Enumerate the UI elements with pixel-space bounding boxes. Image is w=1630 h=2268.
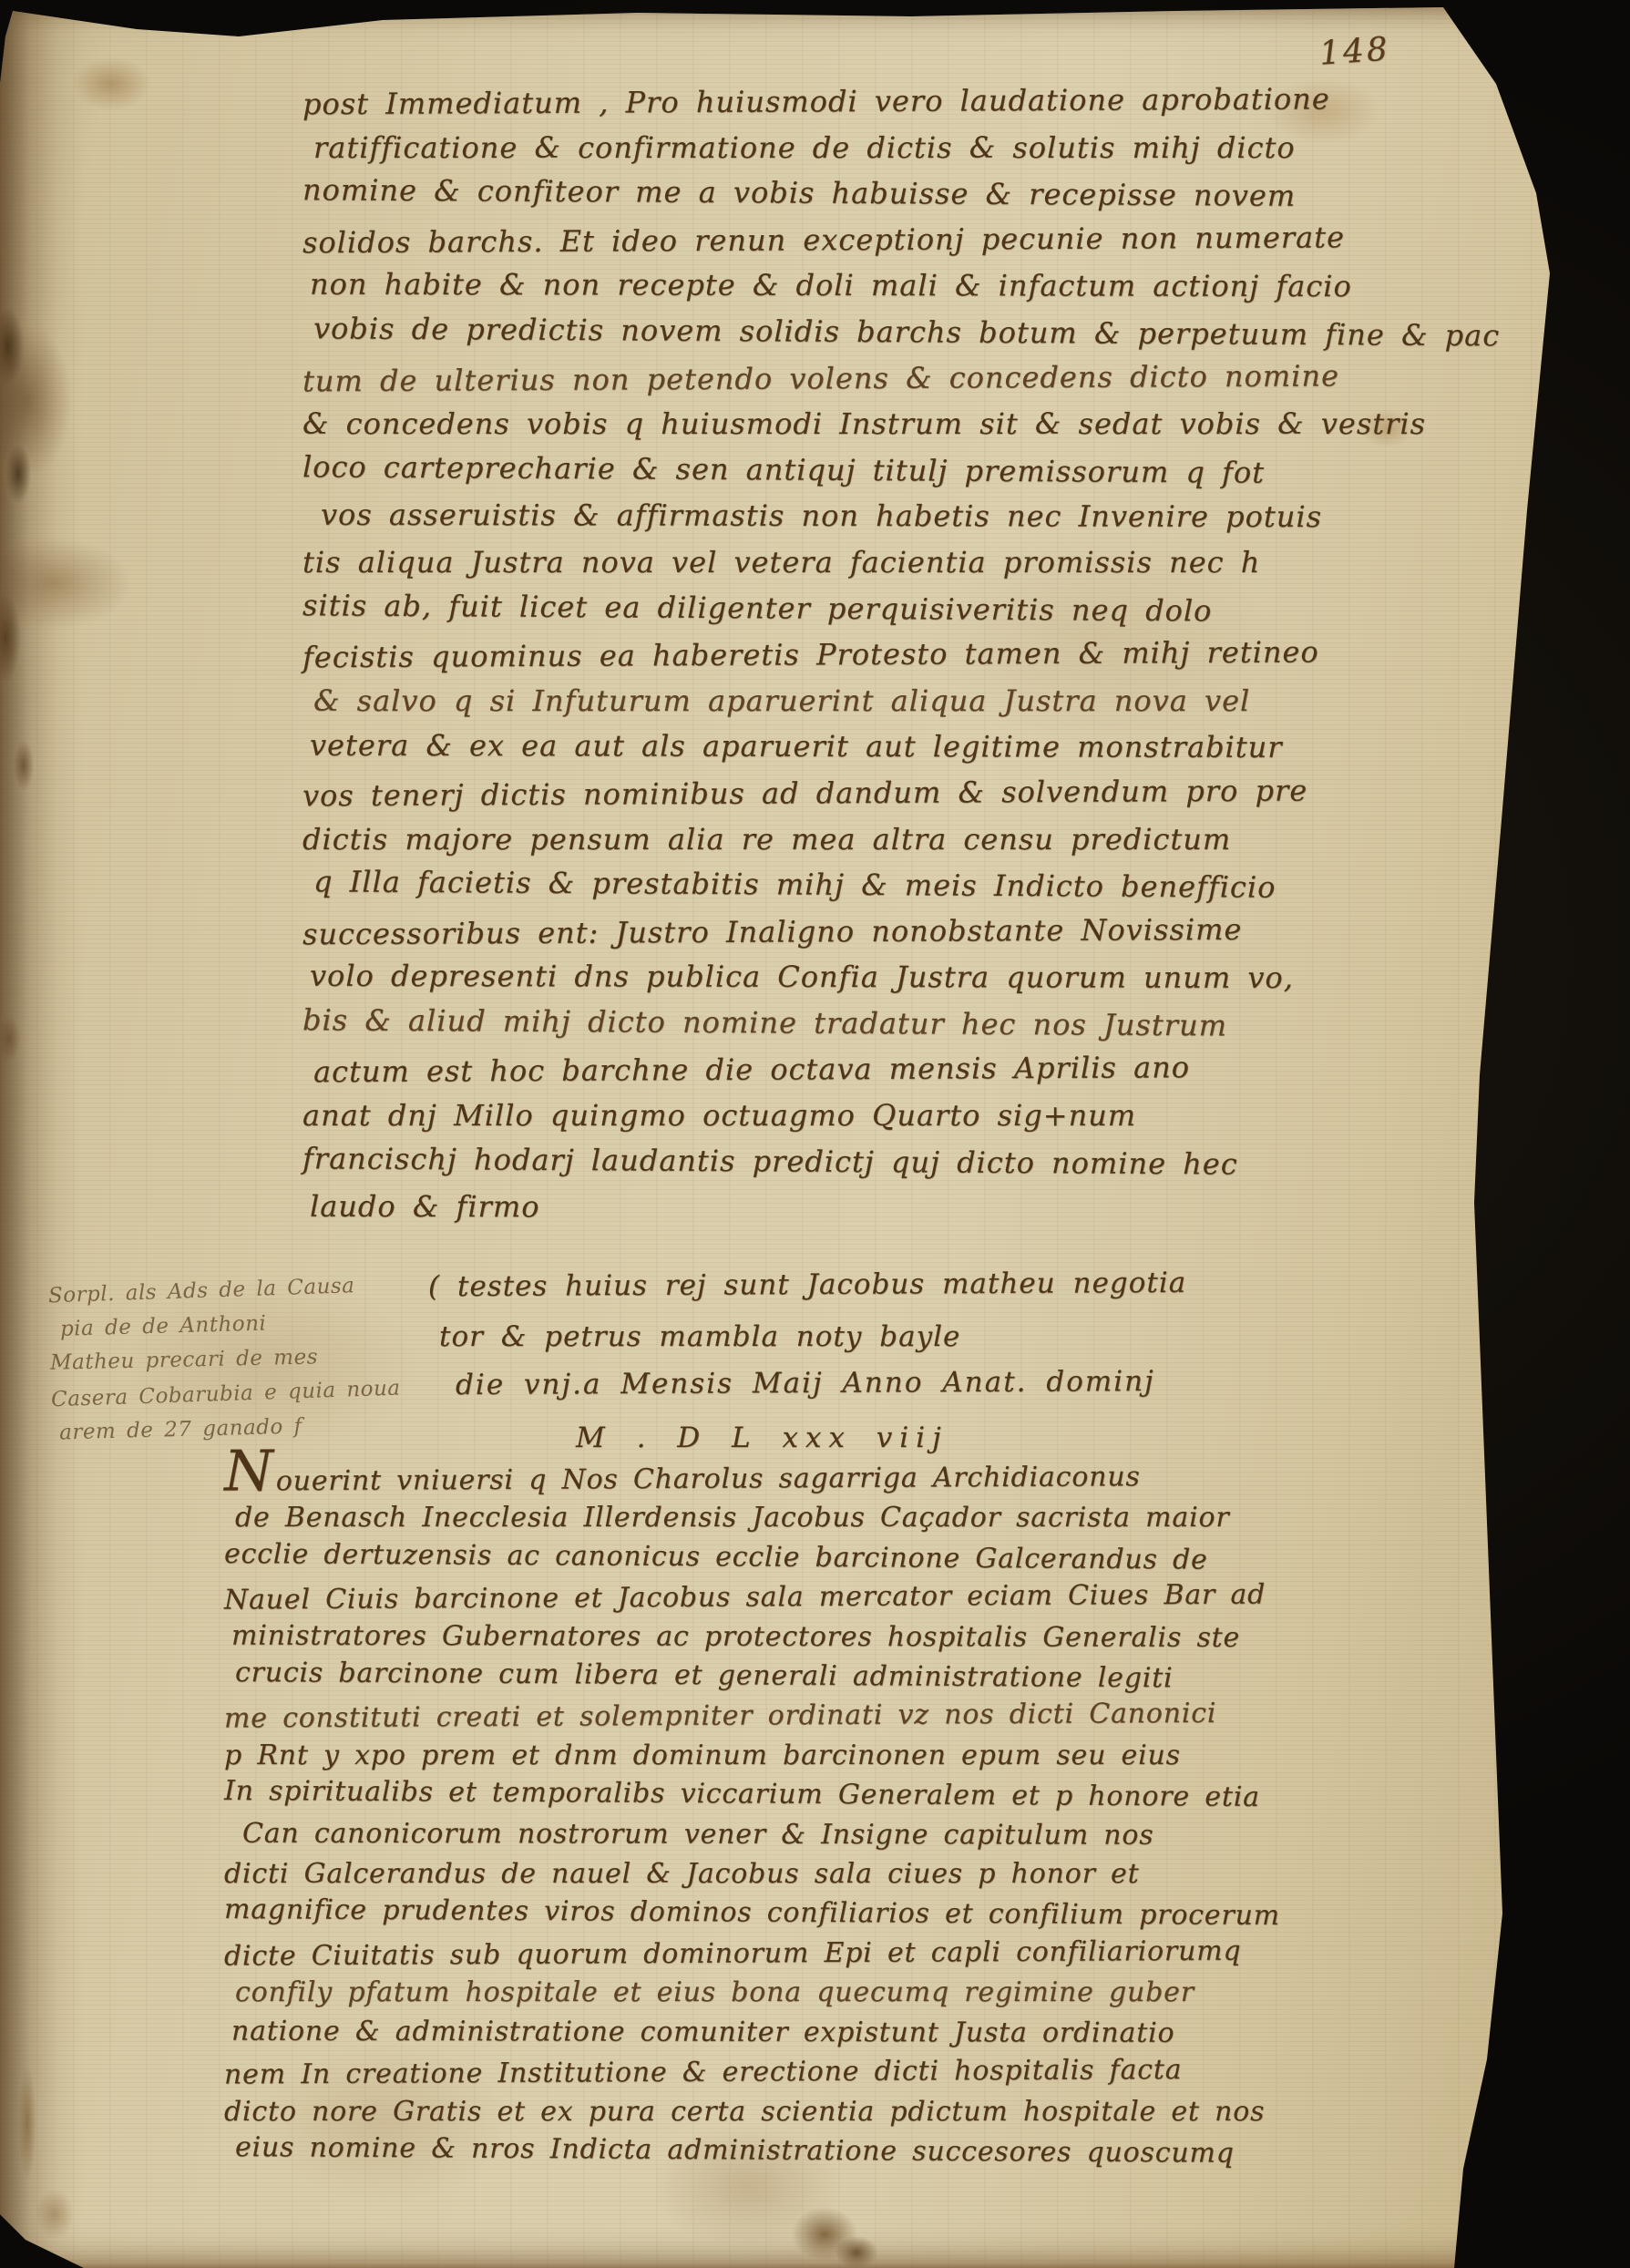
manuscript-page: 148 post Immediatum , Pro huiusmodi vero… [0, 0, 1630, 2268]
text-line: loco carteprecharie & sen antiquj titulj… [302, 444, 1441, 497]
text-line: de Benasch Inecclesia Illerdensis Jacobu… [224, 1498, 1445, 1537]
text-line: ( testes huius rej sunt Jacobus matheu n… [428, 1257, 1187, 1313]
margin-annotation: Sorpl. als Ads de la Causa pia de de Ant… [47, 1267, 453, 1451]
text-line: eius nomine & nros Indicta administratio… [224, 2128, 1445, 2175]
text-line: solidos barchs. Et ideo renun exceptionj… [302, 214, 1441, 266]
text-line: confily pfatum hospitale et eius bona qu… [224, 1973, 1445, 2012]
second-act-text-block: Nouerint vniuersi q Nos Charolus sagarri… [224, 1454, 1445, 2171]
text-line: actum est hoc barchne die octava mensis … [302, 1043, 1441, 1095]
text-line: nomine & confiteor me a vobis habuisse &… [302, 167, 1441, 220]
text-line: dicte Ciuitatis sub quorum dominorum Epi… [224, 1930, 1445, 1976]
text-line: & concedens vobis q huiusmodi Instrum si… [302, 401, 1441, 447]
first-act-text-block: post Immediatum , Pro huiusmodi vero lau… [302, 78, 1441, 1231]
text-line: tis aliqua Justra nova vel vetera facien… [302, 539, 1441, 586]
text-line: post Immediatum , Pro huiusmodi vero lau… [302, 76, 1441, 128]
text-line: natione & administratione comuniter expi… [231, 2011, 1452, 2053]
text-line: successoribus ent: Justro Inaligno nonob… [302, 905, 1441, 957]
text-line: p Rnt y xpo prem et dnm dominum barcinon… [224, 1736, 1445, 1775]
text-line: vos tenerj dictis nominibus ad dandum & … [302, 767, 1441, 819]
text-line: vetera & ex ea aut als aparuerit aut leg… [310, 723, 1449, 771]
text-line: nem In creatione Institutione & erection… [224, 2049, 1445, 2095]
text-line: francischj hodarj laudantis predictj quj… [302, 1135, 1441, 1188]
text-line: magnifice prudentes viros dominos confil… [224, 1890, 1445, 1937]
text-line: dicto nore Gratis et ex pura certa scien… [224, 2092, 1445, 2131]
text-line: die vnj.a Mensis Maij Anno Anat. dominj [456, 1354, 1155, 1412]
manuscript-scan: 148 post Immediatum , Pro huiusmodi vero… [0, 0, 1630, 2268]
text-line: Nouerint vniuersi q Nos Charolus sagarri… [224, 1451, 1445, 1501]
text-line: anat dnj Millo quingmo octuagmo Quarto s… [302, 1093, 1441, 1139]
text-line: volo depresenti dns publica Confia Justr… [310, 953, 1449, 1001]
text-line: dicti Galcerandus de nauel & Jacobus sal… [224, 1854, 1445, 1893]
text-line: sitis ab, fuit licet ea diligenter perqu… [302, 582, 1441, 635]
text-line: laudo & firmo [310, 1184, 1449, 1232]
text-line: dictis majore pensum alia re mea altra c… [302, 816, 1441, 863]
text-line: ratifficatione & confirmatione de dictis… [302, 125, 1441, 171]
text-line: Can canonicorum nostrorum vener & Insign… [231, 1813, 1452, 1855]
text-line: non habite & non recepte & doli mali & i… [310, 262, 1449, 310]
text-line: Nauel Ciuis barcinone et Jacobus sala me… [224, 1575, 1445, 1620]
date-clause: die vnj.a Mensis Maij Anno Anat. dominj … [456, 1356, 1155, 1465]
text-line: q Illa facietis & prestabitis mihj & mei… [302, 858, 1441, 911]
text-line: me constituti creati et solempniter ordi… [224, 1693, 1445, 1739]
text-line: In spiritualibs et temporalibs viccarium… [224, 1771, 1445, 1819]
witness-clause: ( testes huius rej sunt Jacobus matheu n… [428, 1259, 1186, 1363]
text-line: vos asseruistis & affirmastis non habeti… [310, 492, 1449, 540]
text-line: ministratores Gubernatores ac protectore… [231, 1616, 1452, 1657]
text-line: bis & aliud mihj dicto nomine tradatur h… [302, 997, 1441, 1050]
text-line: tum de ulterius non petendo volens & con… [302, 352, 1441, 404]
text-line: & salvo q si Infuturum aparuerint aliqua… [302, 678, 1441, 724]
folio-number: 148 [1318, 30, 1391, 72]
text-line: fecistis quominus ea haberetis Protesto … [302, 629, 1441, 681]
text-line: vobis de predictis novem solidis barchs … [302, 305, 1441, 358]
